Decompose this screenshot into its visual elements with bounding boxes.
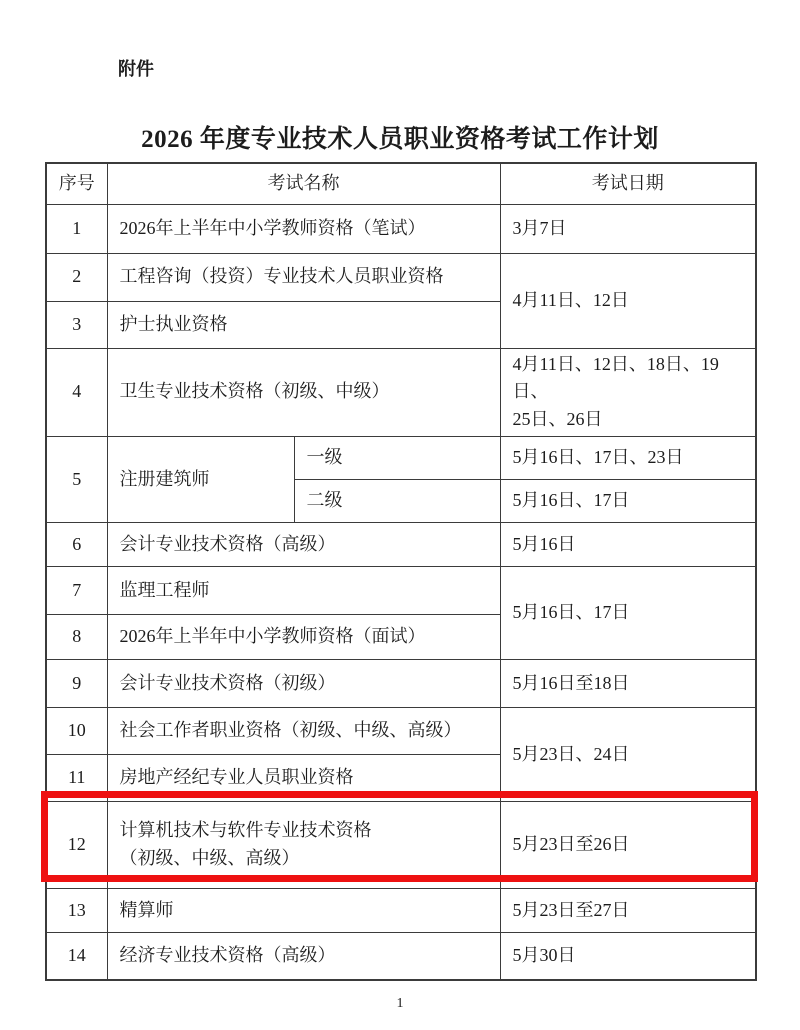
cell-date-2-3: 4月11日、12日: [500, 253, 756, 348]
cell-name-10: 社会工作者职业资格（初级、中级、高级）: [107, 708, 500, 755]
cell-date-12: 5月23日至26日: [500, 802, 756, 889]
exam-schedule-table: 序号 考试名称 考试日期 1 2026年上半年中小学教师资格（笔试） 3月7日 …: [45, 162, 757, 981]
cell-level-5-1: 一级: [294, 437, 500, 480]
cell-no-9: 9: [46, 660, 107, 708]
table-row: 4 卫生专业技术资格（初级、中级） 4月11日、12日、18日、19日、 25日…: [46, 348, 756, 437]
cell-no-12: 12: [46, 802, 107, 889]
cell-date-13: 5月23日至27日: [500, 889, 756, 933]
table-row: 14 经济专业技术资格（高级） 5月30日: [46, 933, 756, 980]
table-header-row: 序号 考试名称 考试日期: [46, 163, 756, 204]
cell-no-13: 13: [46, 889, 107, 933]
cell-no-10: 10: [46, 708, 107, 755]
cell-date-14: 5月30日: [500, 933, 756, 980]
cell-no-5: 5: [46, 437, 107, 523]
cell-date-7-8: 5月16日、17日: [500, 567, 756, 660]
table-row: 1 2026年上半年中小学教师资格（笔试） 3月7日: [46, 204, 756, 253]
cell-date-5-1: 5月16日、17日、23日: [500, 437, 756, 480]
cell-name-6: 会计专业技术资格（高级）: [107, 523, 500, 567]
page-title: 2026 年度专业技术人员职业资格考试工作计划: [0, 119, 800, 155]
cell-name-14: 经济专业技术资格（高级）: [107, 933, 500, 980]
cell-name-5: 注册建筑师: [107, 437, 294, 523]
cell-name-11: 房地产经纪专业人员职业资格: [107, 755, 500, 802]
document-page: 附件 2026 年度专业技术人员职业资格考试工作计划 序号 考试名称 考试日期 …: [0, 0, 800, 1030]
attachment-label: 附件: [118, 55, 154, 81]
exam-schedule-table-wrap: 序号 考试名称 考试日期 1 2026年上半年中小学教师资格（笔试） 3月7日 …: [45, 162, 755, 981]
table-row: 5 注册建筑师 一级 5月16日、17日、23日: [46, 437, 756, 480]
cell-no-3: 3: [46, 301, 107, 348]
table-row: 2 工程咨询（投资）专业技术人员职业资格 4月11日、12日: [46, 253, 756, 301]
table-row-highlighted: 12 计算机技术与软件专业技术资格 （初级、中级、高级） 5月23日至26日: [46, 802, 756, 889]
table-row: 7 监理工程师 5月16日、17日: [46, 567, 756, 615]
cell-no-6: 6: [46, 523, 107, 567]
cell-name-8: 2026年上半年中小学教师资格（面试）: [107, 615, 500, 660]
cell-date-5-2: 5月16日、17日: [500, 480, 756, 523]
cell-no-14: 14: [46, 933, 107, 980]
cell-date-4: 4月11日、12日、18日、19日、 25日、26日: [500, 348, 756, 437]
cell-name-3: 护士执业资格: [107, 301, 500, 348]
header-date: 考试日期: [500, 163, 756, 204]
cell-date-6: 5月16日: [500, 523, 756, 567]
cell-level-5-2: 二级: [294, 480, 500, 523]
header-name: 考试名称: [107, 163, 500, 204]
cell-no-2: 2: [46, 253, 107, 301]
cell-no-8: 8: [46, 615, 107, 660]
cell-name-2: 工程咨询（投资）专业技术人员职业资格: [107, 253, 500, 301]
table-row: 13 精算师 5月23日至27日: [46, 889, 756, 933]
table-row: 6 会计专业技术资格（高级） 5月16日: [46, 523, 756, 567]
cell-no-1: 1: [46, 204, 107, 253]
cell-no-4: 4: [46, 348, 107, 437]
cell-name-13: 精算师: [107, 889, 500, 933]
cell-name-1: 2026年上半年中小学教师资格（笔试）: [107, 204, 500, 253]
table-row: 10 社会工作者职业资格（初级、中级、高级） 5月23日、24日: [46, 708, 756, 755]
cell-date-1: 3月7日: [500, 204, 756, 253]
cell-no-7: 7: [46, 567, 107, 615]
header-index: 序号: [46, 163, 107, 204]
cell-date-9: 5月16日至18日: [500, 660, 756, 708]
cell-name-7: 监理工程师: [107, 567, 500, 615]
cell-no-11: 11: [46, 755, 107, 802]
cell-date-10-11: 5月23日、24日: [500, 708, 756, 802]
page-number: 1: [0, 996, 800, 1012]
cell-name-12: 计算机技术与软件专业技术资格 （初级、中级、高级）: [107, 802, 500, 889]
cell-name-9: 会计专业技术资格（初级）: [107, 660, 500, 708]
cell-name-4: 卫生专业技术资格（初级、中级）: [107, 348, 500, 437]
table-row: 9 会计专业技术资格（初级） 5月16日至18日: [46, 660, 756, 708]
